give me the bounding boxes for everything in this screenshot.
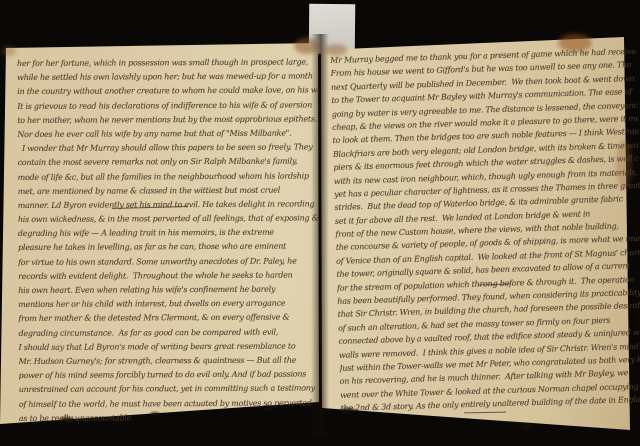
handwriting-line: I should say that Ld Byron's mode of wri… [18, 339, 320, 355]
stain [558, 34, 592, 52]
handwriting-line: pleasure he takes in levelling, as far a… [18, 240, 320, 256]
handwriting-line: contain the most severe remarks not only… [18, 155, 320, 171]
handwriting-line: his own heart. Even when relating his wi… [18, 282, 320, 298]
handwriting-line: records with evident delight. Throughout… [18, 268, 320, 284]
handwriting-line: mode of life &c, but all the families in… [18, 169, 320, 185]
handwriting-line: Mr. Hudson Gurney's; for strength, clear… [19, 353, 321, 369]
edge-mark [150, 412, 160, 416]
edge-mark [262, 406, 274, 411]
handwriting-line: in the country without another creature … [17, 84, 319, 100]
handwriting-line: his own wickedness, & in the most perver… [18, 211, 320, 227]
handwriting-line: manner. Ld Byron evidently set his mind … [18, 197, 320, 213]
handwriting-line: I wonder that Mr Murray should allow thi… [17, 141, 319, 157]
stain [616, 140, 632, 190]
handwriting-line: her for her fortune, which in possession… [17, 55, 319, 71]
handwriting-left: her for her fortune, which in possession… [17, 55, 321, 425]
stain [2, 46, 16, 56]
handwriting-line: power of his mind seems forcibly turned … [19, 368, 321, 384]
edge-mark [340, 408, 356, 413]
handwriting-line: unrestrained can account for his conduct… [19, 382, 321, 398]
edge-mark [60, 417, 74, 422]
handwriting-line: of himself to the world, he must have be… [19, 396, 321, 412]
manuscript-photo: her for her fortune, which in possession… [0, 0, 640, 446]
handwriting-line: mentions her or his child with interest,… [18, 297, 320, 313]
handwriting-line: degrading his wife — A leading trait in … [18, 226, 320, 242]
handwriting-line: Nor does he ever call his wife by any na… [17, 126, 319, 142]
handwriting-line: while he settled his own lavishly upon h… [17, 70, 319, 86]
handwriting-line: from her mother & the detested Mrs Clerm… [18, 311, 320, 327]
handwriting-line: It is grievous to read his declarations … [17, 98, 319, 114]
stain [325, 44, 347, 56]
handwriting-right: Mr Murray begged me to thank you for a p… [330, 45, 640, 415]
handwriting-line: for virtue to his own standard. Some unw… [18, 254, 320, 270]
stain [294, 38, 320, 54]
handwriting-line: met, are mentioned by name & classed in … [18, 183, 320, 199]
handwriting-line: to her mother, whom he never mentions bu… [17, 112, 319, 128]
edge-mark [520, 424, 534, 429]
handwriting-line: degrading circumstance. As far as good c… [18, 325, 320, 341]
